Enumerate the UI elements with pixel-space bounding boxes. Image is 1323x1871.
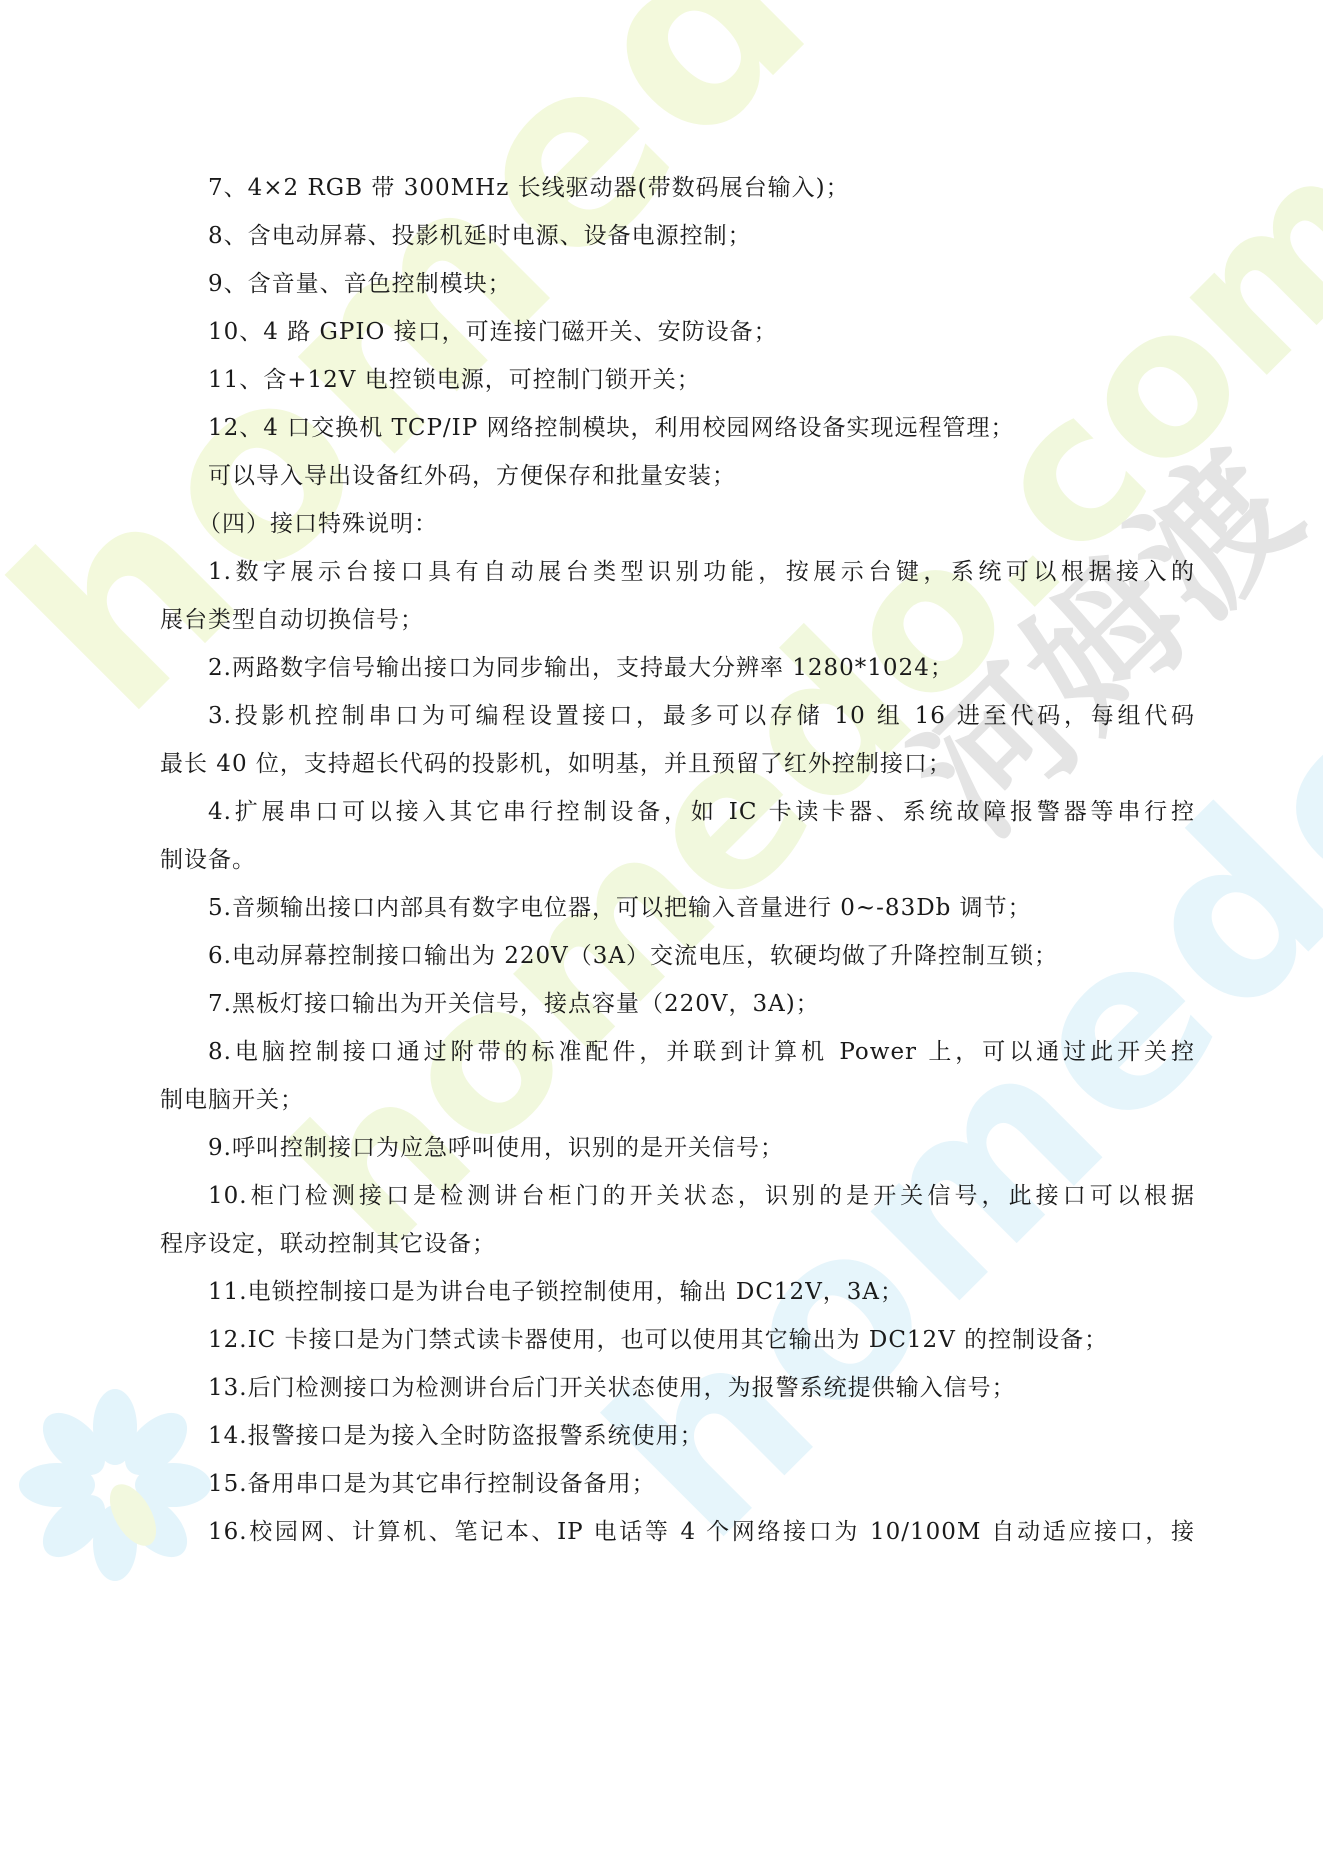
- interface-note-2: 2.两路数字信号输出接口为同步输出，支持最大分辨率 1280*1024；: [208, 653, 954, 683]
- interface-note-10: 10.柜门检测接口是检测讲台柜门的开关状态，识别的是开关信号，此接口可以根据: [208, 1181, 1195, 1211]
- interface-note-7: 7.黑板灯接口输出为开关信号，接点容量（220V，3A)；: [208, 989, 820, 1019]
- section-heading: （四）接口特殊说明：: [198, 509, 438, 539]
- interface-note-15: 15.备用串口是为其它串行控制设备备用；: [208, 1469, 656, 1499]
- spec-note: 可以导入导出设备红外码，方便保存和批量安装；: [208, 461, 736, 491]
- interface-note-6: 6.电动屏幕控制接口输出为 220V（3A）交流电压，软硬均做了升降控制互锁；: [208, 941, 1058, 971]
- interface-note-5: 5.音频输出接口内部具有数字电位器，可以把输入音量进行 0~-83Db 调节；: [208, 893, 1032, 923]
- spec-item-10: 10、4 路 GPIO 接口，可连接门磁开关、安防设备；: [208, 317, 778, 347]
- interface-note-3-cont: 最长 40 位，支持超长代码的投影机，如明基，并且预留了红外控制接口；: [160, 749, 952, 779]
- interface-note-4: 4.扩展串口可以接入其它串行控制设备，如 IC 卡读卡器、系统故障报警器等串行控: [208, 797, 1195, 827]
- interface-note-14: 14.报警接口是为接入全时防盗报警系统使用；: [208, 1421, 704, 1451]
- interface-note-1-cont: 展台类型自动切换信号；: [160, 605, 424, 635]
- interface-note-1: 1.数字展示台接口具有自动展台类型识别功能，按展示台键，系统可以根据接入的: [208, 557, 1195, 587]
- interface-note-3: 3.投影机控制串口为可编程设置接口，最多可以存储 10 组 16 进至代码，每组…: [208, 701, 1195, 731]
- spec-item-11: 11、含+12V 电控锁电源，可控制门锁开关；: [208, 365, 701, 395]
- interface-note-16: 16.校园网、计算机、笔记本、IP 电话等 4 个网络接口为 10/100M 自…: [208, 1517, 1195, 1547]
- interface-note-12: 12.IC 卡接口是为门禁式读卡器使用，也可以使用其它输出为 DC12V 的控制…: [208, 1325, 1108, 1355]
- spec-item-12: 12、4 口交换机 TCP/IP 网络控制模块，利用校园网络设备实现远程管理；: [208, 413, 1015, 443]
- interface-note-9: 9.呼叫控制接口为应急呼叫使用，识别的是开关信号；: [208, 1133, 784, 1163]
- interface-note-4-cont: 制设备。: [160, 845, 256, 875]
- interface-note-13: 13.后门检测接口为检测讲台后门开关状态使用，为报警系统提供输入信号；: [208, 1373, 1016, 1403]
- spec-item-7: 7、4×2 RGB 带 300MHz 长线驱动器(带数码展台输入)；: [208, 173, 850, 203]
- spec-item-9: 9、含音量、音色控制模块；: [208, 269, 512, 299]
- flower-logo-icon: [15, 1385, 215, 1585]
- interface-note-8: 8.电脑控制接口通过附带的标准配件，并联到计算机 Power 上，可以通过此开关…: [208, 1037, 1195, 1067]
- interface-note-10-cont: 程序设定，联动控制其它设备；: [160, 1229, 496, 1259]
- interface-note-11: 11.电锁控制接口是为讲台电子锁控制使用，输出 DC12V，3A；: [208, 1277, 904, 1307]
- spec-item-8: 8、含电动屏幕、投影机延时电源、设备电源控制；: [208, 221, 752, 251]
- interface-note-8-cont: 制电脑开关；: [160, 1085, 304, 1115]
